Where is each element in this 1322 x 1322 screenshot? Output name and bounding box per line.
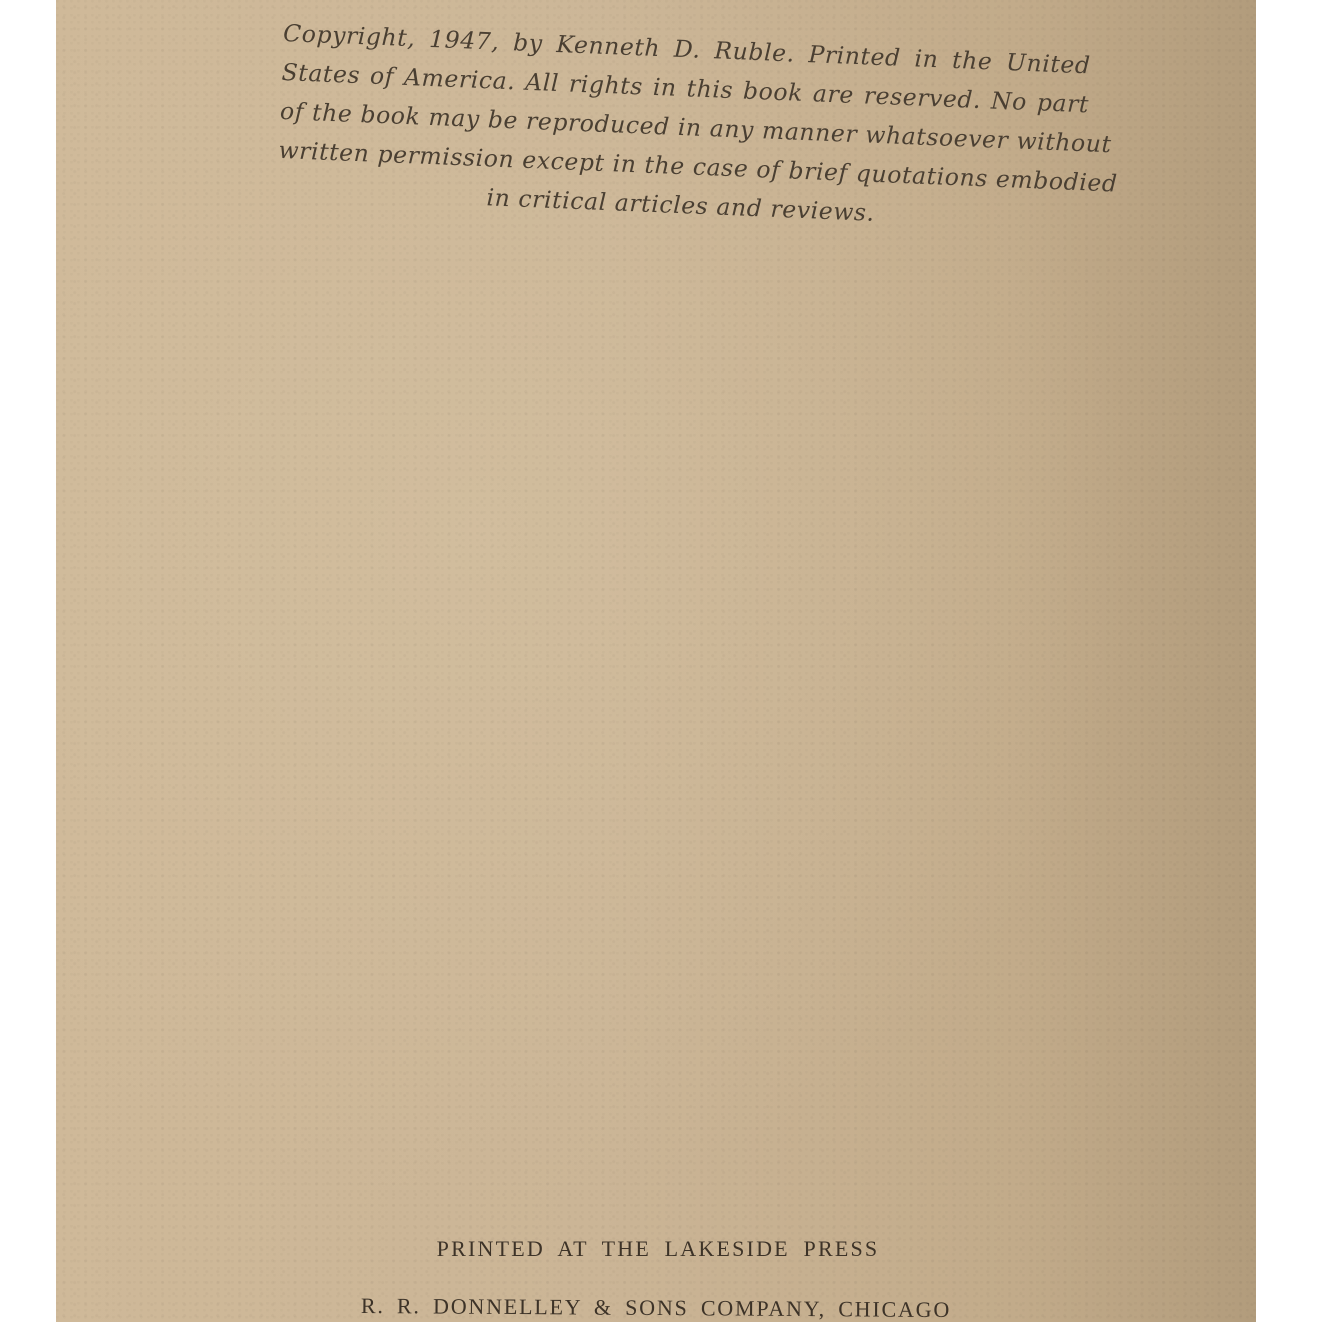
publisher-company: R. R. DONNELLEY & SONS COMPANY, CHICAGO bbox=[56, 1291, 1256, 1322]
printer-imprint: PRINTED AT THE LAKESIDE PRESS bbox=[58, 1236, 1256, 1262]
book-page: Copyright, 1947, by Kenneth D. Ruble. Pr… bbox=[56, 0, 1256, 1322]
copyright-notice: Copyright, 1947, by Kenneth D. Ruble. Pr… bbox=[276, 14, 1091, 241]
